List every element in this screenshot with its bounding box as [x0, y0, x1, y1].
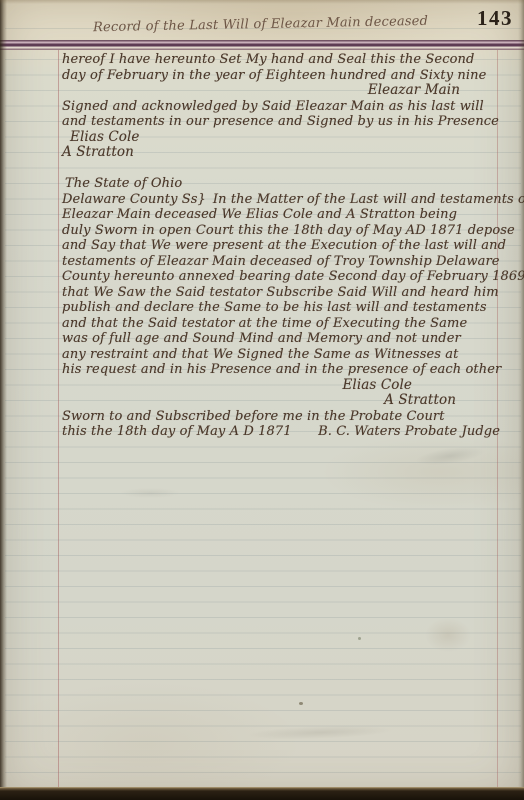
text-line: Signed and acknowledged by Said Eleazar … [62, 99, 500, 115]
witness-signature: Elias Cole [62, 130, 500, 146]
ink-speck [358, 637, 361, 640]
binding-gutter-shadow [0, 0, 7, 800]
text-line: hereof I have hereunto Set My hand and S… [62, 52, 500, 68]
text-line: In the Matter of the Last will and testa… [213, 192, 524, 207]
ink-speck [299, 702, 303, 705]
record-title: Record of the Last Will of Eleazar Main … [93, 14, 433, 36]
text-line: and Say that We were present at the Exec… [62, 238, 500, 254]
county-caption: Delaware County Ss} [62, 192, 206, 207]
text-line: that We Saw the Said testator Subscribe … [62, 285, 500, 301]
scanned-ledger-page: 143 Record of the Last Will of Eleazar M… [0, 0, 524, 800]
header-double-rule [0, 40, 524, 50]
text-line: duly Sworn in open Court this the 18th d… [62, 223, 500, 239]
witness-signature: A Stratton [62, 393, 500, 409]
judge-signature: B. C. Waters Probate Judge [318, 424, 500, 440]
witness-signature: A Stratton [62, 145, 500, 161]
text-line: County hereunto annexed bearing date Sec… [62, 269, 500, 285]
testator-signature: Eleazar Main [62, 83, 500, 99]
text-line: and that the Said testator at the time o… [62, 316, 500, 332]
text-line: his request and in his Presence and in t… [62, 362, 500, 378]
state-caption: The State of Ohio [62, 176, 500, 192]
paper-smudge [245, 723, 395, 741]
handwritten-record-text: hereof I have hereunto Set My hand and S… [62, 52, 500, 440]
desk-background [0, 787, 524, 800]
page-number: 143 [477, 6, 513, 31]
text-line: day of February in the year of Eighteen … [62, 68, 500, 84]
text-line: publish and declare the Same to be his l… [62, 300, 500, 316]
text-line: testaments of Eleazar Main deceased of T… [62, 254, 500, 270]
text-line: Eleazar Main deceased We Elias Cole and … [62, 207, 500, 223]
page-top-shadow [0, 0, 524, 4]
text-line: was of full age and Sound Mind and Memor… [62, 331, 500, 347]
text-line: any restraint and that We Signed the Sam… [62, 347, 500, 363]
page-edge-shadow [518, 0, 524, 800]
left-margin-line [58, 50, 59, 787]
blank-line [62, 161, 500, 177]
paper-smudge [120, 488, 180, 498]
paper-stain [425, 618, 471, 652]
jurat-line: Sworn to and Subscribed before me in the… [62, 409, 500, 425]
witness-signature: Elias Cole [62, 378, 500, 394]
text-line: and testaments in our presence and Signe… [62, 114, 500, 130]
jurat-date: this the 18th day of May A D 1871 [62, 424, 292, 440]
paper-smudge [414, 443, 486, 469]
county-caption-line: Delaware County Ss}In the Matter of the … [62, 192, 500, 208]
jurat-date-line: this the 18th day of May A D 1871B. C. W… [62, 424, 500, 440]
